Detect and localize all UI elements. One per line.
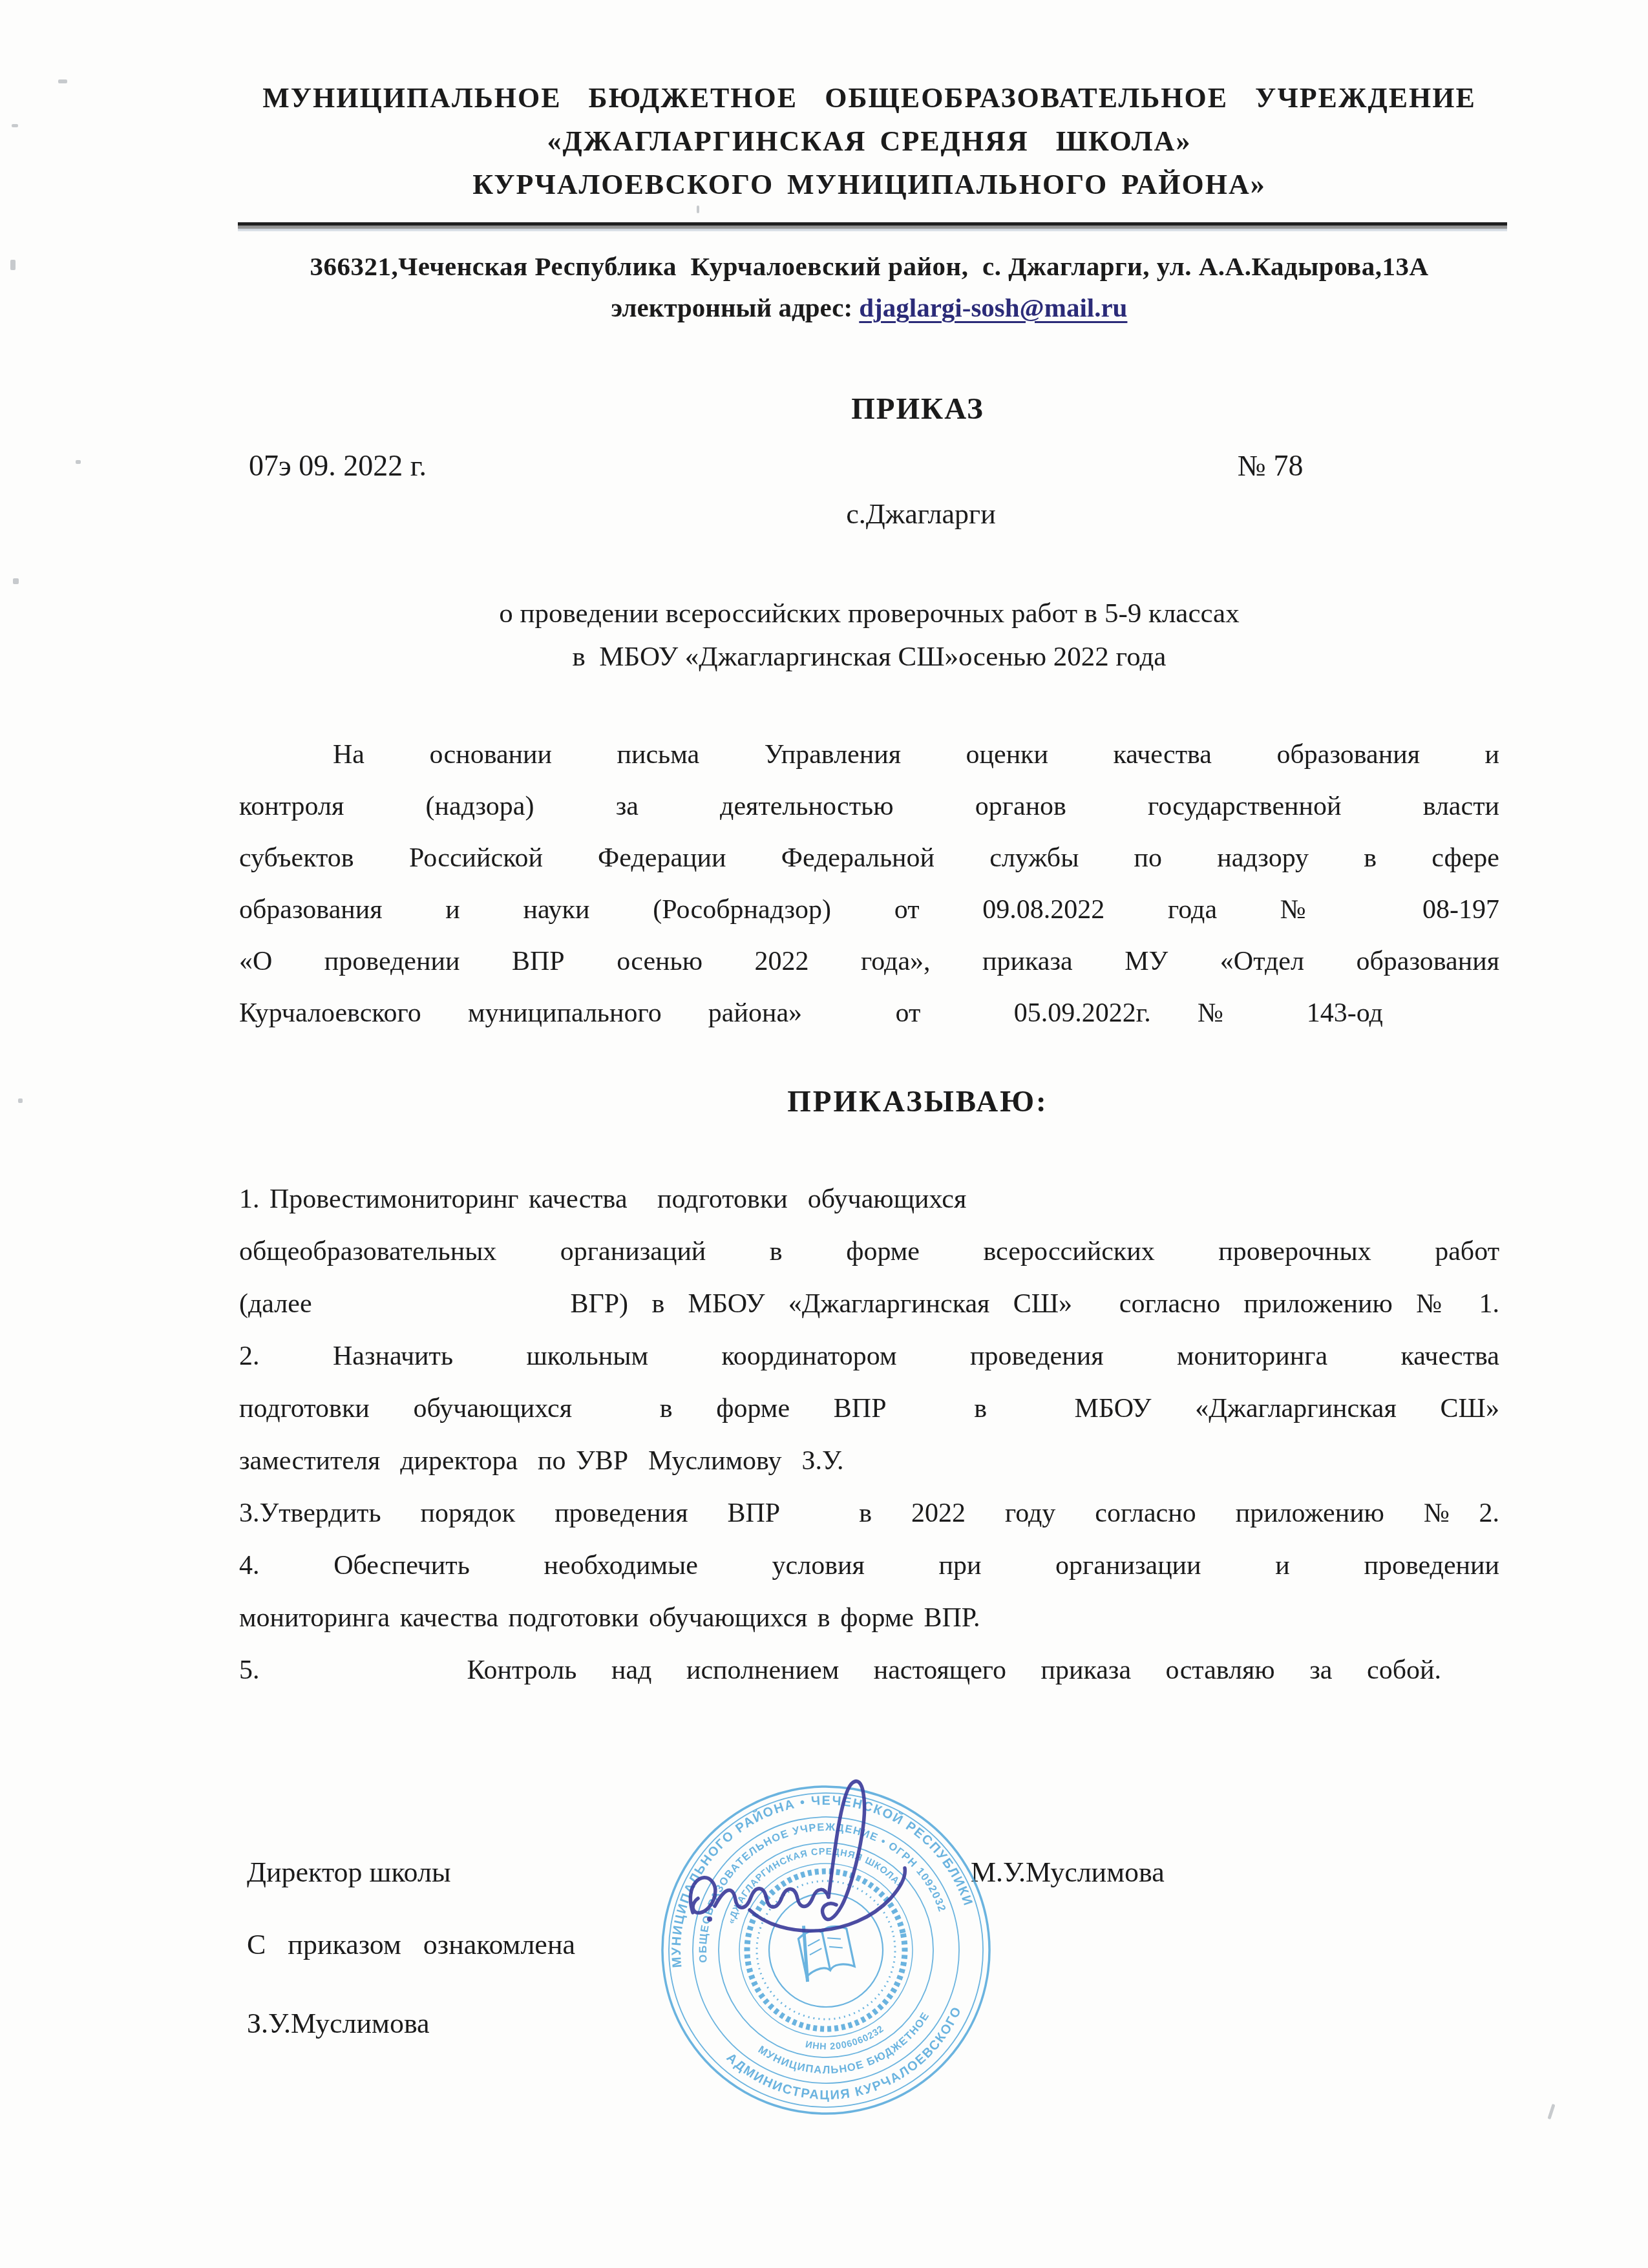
preamble-line: Курчалоевского муниципального района» от… — [239, 987, 1499, 1039]
preamble-line: образования и науки (Рособрнадзор) от 09… — [239, 884, 1499, 936]
director-label: Директор школы — [247, 1856, 451, 1888]
order-number: № 78 — [1238, 448, 1303, 483]
item-line: 4. Обеспечить необходимые условия при ор… — [239, 1540, 1499, 1592]
director-signature — [653, 1743, 1015, 2015]
order-place: с.Джагларги — [239, 498, 1499, 530]
item-line: мониторинга качества подготовки обучающи… — [239, 1592, 1499, 1644]
acknowledged-name: З.У.Муслимова — [247, 2007, 430, 2040]
svg-text:МУНИЦИПАЛЬНОЕ БЮДЖЕТНОЕ: МУНИЦИПАЛЬНОЕ БЮДЖЕТНОЕ — [754, 2008, 940, 2092]
order-item-3: 3.Утвердить порядок проведения ВПР в 202… — [239, 1487, 1499, 1540]
item-line: 3.Утвердить порядок проведения ВПР в 202… — [239, 1487, 1499, 1540]
preamble-line: субъектов Российской Федерации Федеральн… — [239, 832, 1499, 884]
command-heading: ПРИКАЗЫВАЮ: — [239, 1084, 1499, 1119]
order-item-4: 4. Обеспечить необходимые условия при ор… — [239, 1540, 1499, 1644]
order-subject-line2: в МБОУ «Джагларгинская СШ»осенью 2022 го… — [239, 635, 1499, 678]
scan-artifact — [12, 124, 18, 127]
order-date: 07э 09. 2022 г. — [249, 449, 427, 482]
item-line: общеобразовательных организаций в форме … — [239, 1226, 1499, 1278]
email-label: электронный адрес: — [611, 293, 860, 322]
scan-artifact — [58, 79, 67, 83]
email-link[interactable]: djaglargi-sosh@mail.ru — [859, 293, 1127, 322]
item-line: подготовки обучающихся в форме ВПР в МБО… — [239, 1383, 1499, 1435]
order-item-1: 1. Провестимониторинг качества подготовк… — [239, 1173, 1499, 1330]
order-preamble: На основании письма Управления оценки ка… — [239, 729, 1499, 1039]
organization-name-line2: «ДЖАГЛАРГИНСКАЯ СРЕДНЯЯ ШКОЛА» — [239, 120, 1499, 163]
item-line: 1. Провестимониторинг качества подготовк… — [239, 1173, 1499, 1226]
scan-artifact — [18, 1098, 23, 1103]
organization-email-line: электронный адрес: djaglargi-sosh@mail.r… — [239, 292, 1499, 323]
organization-address: 366321,Чеченская Республика Курчалоевски… — [239, 251, 1499, 282]
scan-artifact — [697, 205, 699, 213]
preamble-line: контроля (надзора) за деятельностью орга… — [239, 781, 1499, 832]
organization-name-line3: КУРЧАЛОЕВСКОГО МУНИЦИПАЛЬНОГО РАЙОНА» — [239, 163, 1499, 206]
order-subject: о проведении всероссийских проверочных р… — [239, 592, 1499, 678]
scan-artifact — [76, 460, 81, 464]
letterhead: МУНИЦИПАЛЬНОЕ БЮДЖЕТНОЕ ОБЩЕОБРАЗОВАТЕЛЬ… — [239, 76, 1499, 206]
organization-name-line1: МУНИЦИПАЛЬНОЕ БЮДЖЕТНОЕ ОБЩЕОБРАЗОВАТЕЛЬ… — [239, 76, 1499, 120]
preamble-line: На основании письма Управления оценки ка… — [239, 729, 1499, 781]
order-items: 1. Провестимониторинг качества подготовк… — [239, 1173, 1499, 1697]
item-line: заместителя директора по УВР Муслимову З… — [239, 1435, 1499, 1487]
scanned-order-document: МУНИЦИПАЛЬНОЕ БЮДЖЕТНОЕ ОБЩЕОБРАЗОВАТЕЛЬ… — [0, 0, 1648, 2268]
scan-artifact — [13, 578, 19, 584]
order-date-row: 07э 09. 2022 г. № 78 — [249, 448, 1509, 483]
scan-artifact — [1547, 2104, 1555, 2119]
stamp-mid-bottom-text: МУНИЦИПАЛЬНОЕ БЮДЖЕТНОЕ — [754, 2008, 940, 2092]
preamble-line: «О проведении ВПР осенью 2022 года», при… — [239, 936, 1499, 987]
item-line: (далее ВГР) в МБОУ «Джагларгинская СШ» с… — [239, 1278, 1499, 1330]
letterhead-divider — [238, 222, 1507, 231]
order-item-5: 5. Контроль над исполнением настоящего п… — [239, 1644, 1499, 1697]
order-item-2: 2. Назначить школьным координатором пров… — [239, 1330, 1499, 1487]
order-subject-line1: о проведении всероссийских проверочных р… — [239, 592, 1499, 635]
scan-artifact — [10, 260, 16, 270]
acknowledged-label: С приказом ознакомлена — [247, 1928, 575, 1961]
item-line: 5. Контроль над исполнением настоящего п… — [239, 1644, 1499, 1697]
order-title: ПРИКАЗ — [239, 392, 1499, 426]
item-line: 2. Назначить школьным координатором пров… — [239, 1330, 1499, 1383]
